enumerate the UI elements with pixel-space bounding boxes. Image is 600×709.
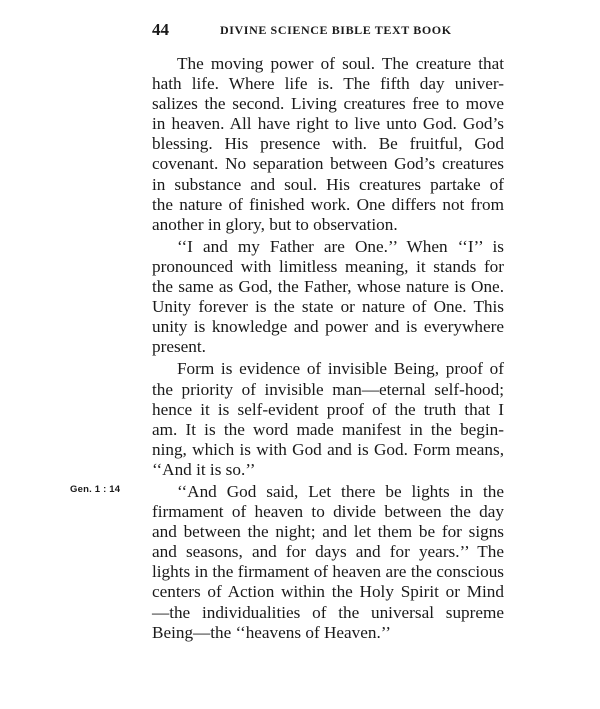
text-line: covenant. No separation between God’s cr… — [152, 154, 529, 174]
text-line: lights in the firmament of heaven are th… — [152, 562, 529, 582]
scripture-reference-note: Gen. 1 : 14 — [70, 484, 120, 495]
page-number: 44 — [152, 20, 169, 40]
page-header: 44 DIVINE SCIENCE BIBLE TEXT BOOK — [152, 20, 532, 40]
text-line: hence it is self-evident proof of the tr… — [152, 400, 529, 420]
text-line: Form is evidence of invisible Being, pro… — [152, 359, 529, 379]
text-line: am. It is the word made manifest in the … — [152, 420, 529, 440]
text-line: the same as God, the Father, whose natur… — [152, 277, 529, 297]
text-line: the priority of invisible man—eternal se… — [152, 380, 529, 400]
text-line: ‘‘I and my Father are One.’’ When ‘‘I’’ … — [152, 237, 529, 257]
text-line: Being—the ‘‘heavens of Heaven.’’ — [152, 623, 529, 643]
paragraph-2: ‘‘I and my Father are One.’’ When ‘‘I’’ … — [152, 237, 529, 358]
text-line: blessing. His presence with. Be fruitful… — [152, 134, 529, 154]
text-line: and seasons, and for days and for years.… — [152, 542, 529, 562]
text-line: the nature of finished work. One differs… — [152, 195, 529, 215]
paragraph-1: The moving power of soul. The creature t… — [152, 54, 529, 235]
text-line: —the individualities of the universal su… — [152, 603, 529, 623]
text-line: in substance and soul. His creatures par… — [152, 175, 529, 195]
text-line: Unity forever is the state or nature of … — [152, 297, 529, 317]
text-line: present. — [152, 337, 529, 357]
text-line: ‘‘And God said, Let there be lights in t… — [152, 482, 529, 502]
text-line: centers of Action within the Holy Spirit… — [152, 582, 529, 602]
paragraph-3: Form is evidence of invisible Being, pro… — [152, 359, 529, 480]
text-line: in heaven. All have right to live unto G… — [152, 114, 529, 134]
text-line: another in glory, but to observation. — [152, 215, 529, 235]
text-line: firmament of heaven to divide between th… — [152, 502, 529, 522]
text-line: hath life. Where life is. The fifth day … — [152, 74, 529, 94]
paragraph-4: ‘‘And God said, Let there be lights in t… — [152, 482, 529, 643]
text-line: and between the night; and let them be f… — [152, 522, 529, 542]
text-line: ‘‘And it is so.’’ — [152, 460, 529, 480]
body-text: The moving power of soul. The creature t… — [152, 54, 529, 645]
text-line: unity is knowledge and power and is ever… — [152, 317, 529, 337]
text-line: salizes the second. Living creatures fre… — [152, 94, 529, 114]
text-line: pronounced with limitless meaning, it st… — [152, 257, 529, 277]
running-head: DIVINE SCIENCE BIBLE TEXT BOOK — [220, 23, 452, 38]
text-line: The moving power of soul. The creature t… — [152, 54, 529, 74]
text-line: ning, which is with God and is God. Form… — [152, 440, 529, 460]
